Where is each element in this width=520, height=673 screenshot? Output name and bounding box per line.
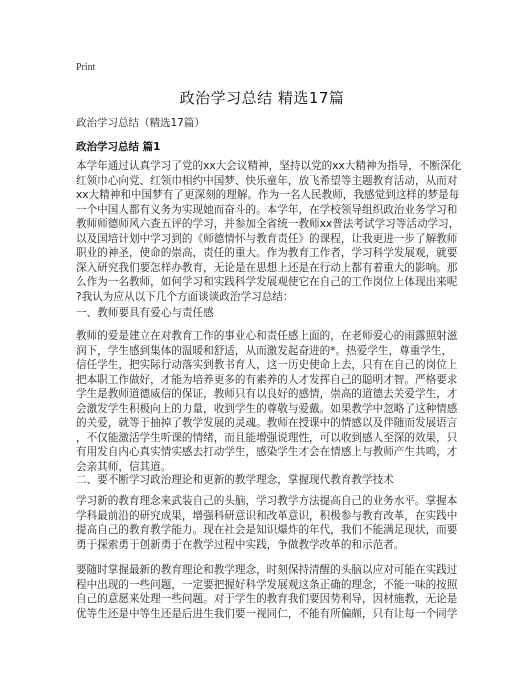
- paragraph-line: 自己的意愿来处理一些问题。对于学生的教育我们要因势利导，因材施教，无论是: [76, 592, 448, 607]
- paragraph-line: 程中出现的一些问题，一定要把握好科学发展观这条正确的理念，不能一味的按照: [76, 578, 448, 593]
- paragraph-intro: 本学年通过认真学习了党的xx大会议精神，坚持以党的xx大精神为指导，不断深化 红…: [76, 159, 448, 304]
- paragraph-line: 优等生还是中等生还是后进生我们要一视同仁，不能有所偏颇，只有让每一个同学: [76, 607, 448, 622]
- paragraph-line: xx大精神和中国梦有了更深刻的理解。作为一名人民教师，我感觉到这样的梦是每: [76, 188, 448, 203]
- paragraph-line: 学科最前沿的研究成果，增强科研意识和改革意识，积极参与教育改革，在实践中: [76, 509, 448, 524]
- paragraph-learning: 学习新的教育理念来武装自己的头脑，学习教学方法提高自己的业务水平。掌握本 学科最…: [76, 494, 448, 552]
- paragraph-line: 一个中国人都有义务为实现她而奋斗的。本学年，在学校领导组织政治业务学习和: [76, 203, 448, 218]
- paragraph-line: 本学年通过认真学习了党的xx大会议精神，坚持以党的xx大精神为指导，不断深化: [76, 159, 448, 174]
- paragraph-line: 会激发学生积极向上的力量，收到学生的尊敬与爱戴。如果教学中忽略了这种情感: [76, 402, 448, 417]
- paragraph-line: ?我认为应从以下几个方面谈谈政治学习总结：: [76, 290, 448, 305]
- paragraph-line: 有用发自内心真实情实感去打动学生，感染学生才会在情感上与教师产生共鸣，才: [76, 445, 448, 460]
- paragraph-line: ，不仅能激活学生听课的情绪，而且能增强说理性，可以收到感人至深的效果，只: [76, 431, 448, 446]
- paragraph-theory: 要随时掌握最新的教育理论和教学理念，时刻保持清醒的头脑以应对可能在实践过 程中出…: [76, 563, 448, 621]
- document-subtitle: 政治学习总结（精选17篇）: [76, 115, 205, 130]
- paragraph-line: 学习新的教育理念来武装自己的头脑，学习教学方法提高自己的业务水平。掌握本: [76, 494, 448, 509]
- paragraph-line: 深入研究我们要怎样办教育，无论是在思想上还是在行动上都有着重大的影响。那: [76, 261, 448, 276]
- paragraph-line: 教师的爱是建立在对教育工作的事业心和责任感上面的，在老师爱心的雨露照射滋: [76, 329, 448, 344]
- paragraph-line: 提高自己的教育教学能力。现在社会是知识爆炸的年代，我们不能满足现状，而要: [76, 523, 448, 538]
- section-title: 政治学习总结 篇1: [76, 139, 160, 154]
- paragraph-line: 把本职工作做好，才能为培养更多的有素养的人才发挥自己的聪明才智。严格要求: [76, 373, 448, 388]
- paragraph-love-responsibility: 教师的爱是建立在对教育工作的事业心和责任感上面的，在老师爱心的雨露照射滋 润下，…: [76, 329, 448, 474]
- paragraph-line: 红领巾心向党、红领巾相约中国梦、快乐童年，放飞希望等主题教育活动，从而对: [76, 174, 448, 189]
- paragraph-line: 润下，学生感到集体的温暖和舒适，从而激发起奋进的*。热爱学生，尊重学生，: [76, 344, 448, 359]
- paragraph-line: 信任学生，把实际行动落实到教书育人，这一历史使命上去，只有在自己的岗位上: [76, 358, 448, 373]
- paragraph-line: 么作为一名教师，如何学习和实践科学发展观使它在自己的工作岗位上体现出来呢: [76, 275, 448, 290]
- paragraph-line: 以及国培计划中学习到的《师德情怀与教育责任》的课程，让我更进一步了解教师: [76, 232, 448, 247]
- paragraph-line: 职业的神圣，使命的崇高，责任的重大。作为教育工作者，学习科学发展观，就要: [76, 246, 448, 261]
- paragraph-line: 教师师德师风六查五评的学习，并参加全省统一教师xx普法考试学习等活动学习，: [76, 217, 448, 232]
- document-title: 政治学习总结 精选17篇: [76, 87, 448, 108]
- paragraph-line: 勇于探索勇于创新勇于在教学过程中实践，争做教学改革的和示范者。: [76, 538, 448, 553]
- paragraph-line: 学生是教师道德威信的保证，教师只有以良好的感情，崇高的道德去关爱学生，才: [76, 387, 448, 402]
- print-label[interactable]: Print: [76, 62, 95, 73]
- section-heading-1: 一、教师要具有爱心与责任感: [76, 305, 214, 320]
- paragraph-line: 的关爱，就等于抽掉了教学发展的灵魂。教师在授课中的情感以及伴随而发展语言: [76, 416, 448, 431]
- paragraph-line: 要随时掌握最新的教育理论和教学理念，时刻保持清醒的头脑以应对可能在实践过: [76, 563, 448, 578]
- section-heading-2: 二、要不断学习政治理论和更新的教学理念，掌握现代教育教学技术: [76, 472, 394, 487]
